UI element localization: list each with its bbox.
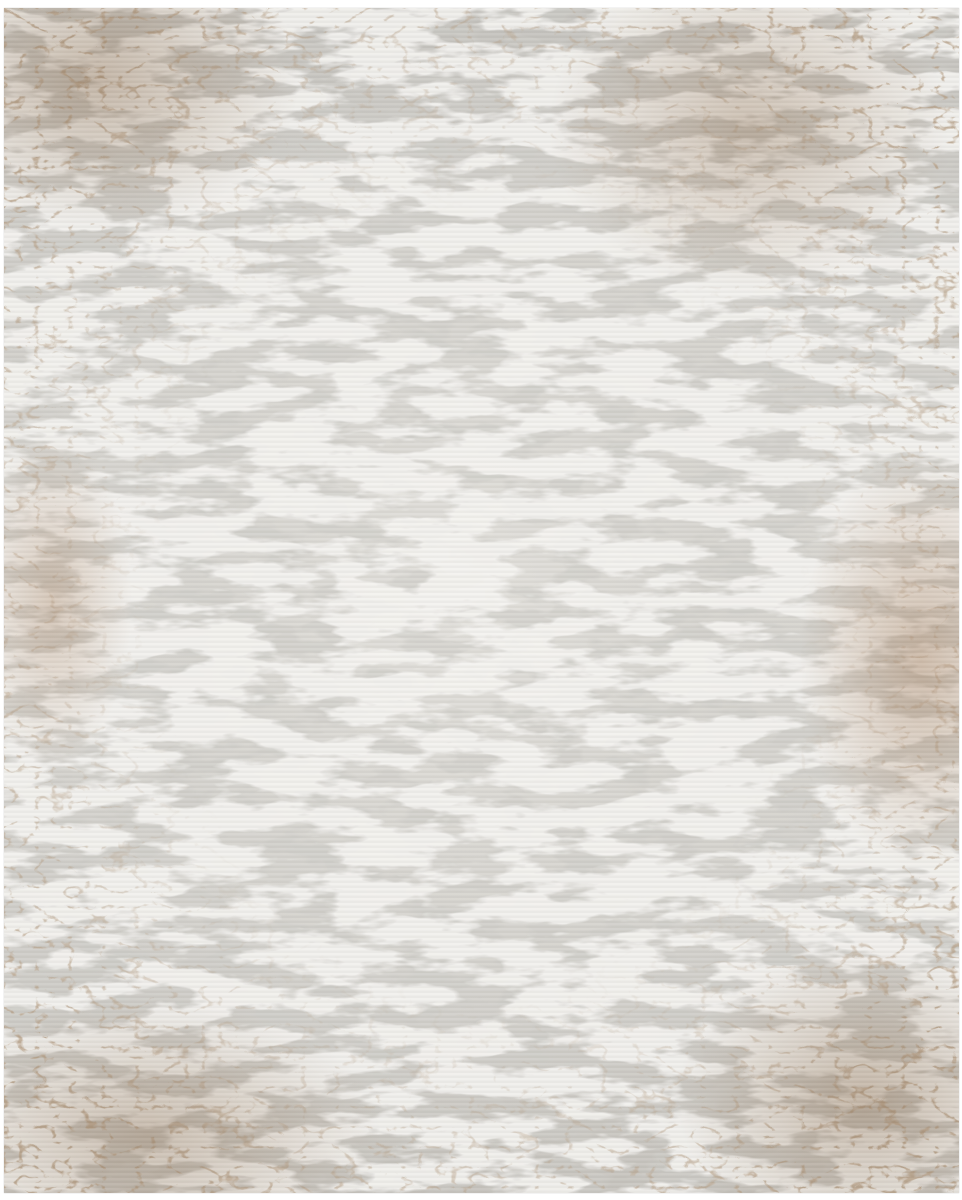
rug-pile-streaks	[4, 8, 959, 1193]
rug	[4, 8, 959, 1193]
